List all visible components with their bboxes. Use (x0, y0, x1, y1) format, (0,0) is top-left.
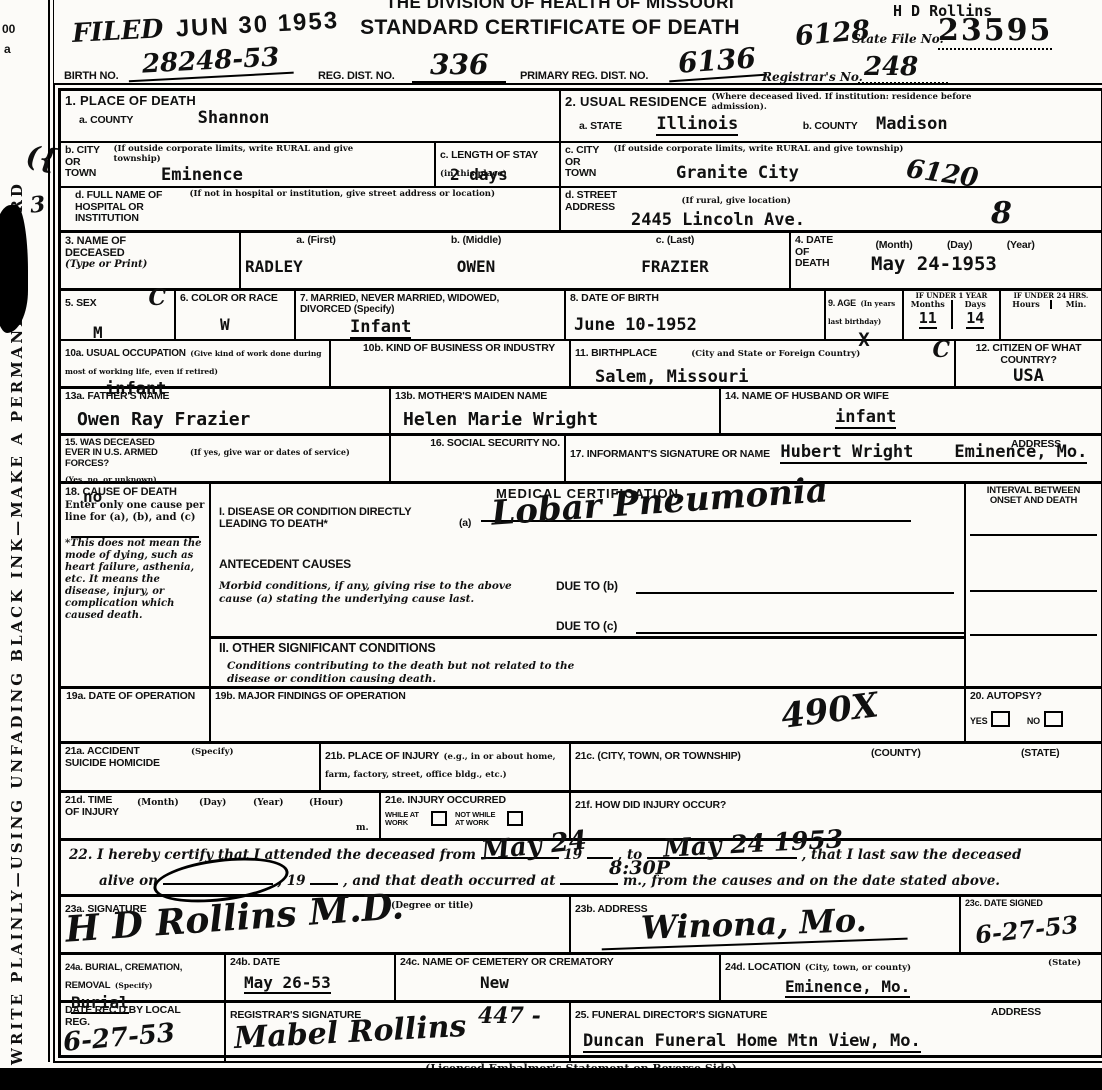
operation-findings-cell: 19b. MAJOR FINDINGS OF OPERATION 490X (211, 689, 966, 741)
burial-location-note2: (State) (1048, 959, 1081, 969)
birthplace-note: (City and State or Foreign Country) (691, 349, 860, 359)
cemetery-value: New (480, 973, 715, 992)
medical-certification-cell: MEDICAL CERTIFICATION I. DISEASE OR COND… (211, 484, 966, 686)
usual-residence-note: (Where deceased lived. If institution: r… (712, 93, 1012, 113)
certify-cell: 22. I hereby certify that I attended the… (61, 841, 1101, 894)
scan-black-bar (0, 1068, 1102, 1090)
dod-value: May 24-1953 (871, 253, 997, 275)
injury-hour-col: (Hour) (309, 798, 343, 808)
residence-county-value: Madison (876, 114, 948, 134)
other-conditions-label: II. OTHER SIGNIFICANT CONDITIONS (219, 642, 436, 656)
row-place-residence-2: b. CITY OR TOWN (If outside corporate li… (61, 143, 1101, 188)
cause-of-death-cell: 18. CAUSE OF DEATH Enter only one cause … (61, 484, 211, 686)
row-parents: 13a. FATHER'S NAME Owen Ray Frazier 13b.… (61, 389, 1101, 436)
injury-occurred-label: 21e. INJURY OCCURRED (385, 795, 565, 807)
occupation-label: 10a. USUAL OCCUPATION (65, 348, 186, 359)
mother-cell: 13b. MOTHER'S MAIDEN NAME Helen Marie Wr… (391, 389, 721, 433)
marital-label: 7. MARRIED, NEVER MARRIED, WIDOWED, DIVO… (300, 293, 540, 315)
autopsy-no-label: NO (1027, 716, 1040, 726)
birthplace-label: 11. BIRTHPLACE (575, 347, 657, 359)
dob-value: June 10-1952 (574, 315, 820, 335)
stay-value: 2 days (450, 165, 508, 184)
armed-forces-note1: (Yes, no, or unknown) (65, 475, 157, 484)
due-to-b-line (636, 592, 954, 594)
residence-city-label: c. CITY OR TOWN (565, 145, 609, 180)
city-value: Eminence (161, 165, 243, 185)
place-of-death-cell: 1. PLACE OF DEATH a. COUNTY Shannon (61, 91, 561, 141)
injury-day-col: (Day) (199, 798, 226, 808)
margin-mark: 00 (2, 22, 15, 36)
row-operation: 19a. DATE OF OPERATION 19b. MAJOR FINDIN… (61, 689, 1101, 744)
date-received-cell: DATE REC'D BY LOCAL REG. 6-27-53 (61, 1003, 226, 1061)
dod-year-col: (Year) (1007, 239, 1035, 251)
hours-label: Hours (1002, 300, 1050, 309)
interval-line-b (970, 590, 1097, 592)
days-value: 14 (966, 309, 984, 329)
days-label: Days (953, 300, 999, 309)
citizen-value: USA (960, 366, 1097, 386)
informant-label: 17. INFORMANT'S SIGNATURE OR NAME (570, 448, 770, 460)
autopsy-no-checkbox (1044, 711, 1063, 727)
other-conditions-note: Conditions contributing to the death but… (227, 660, 587, 685)
interval-line-c (970, 634, 1097, 636)
age-label: 9. AGE (828, 298, 856, 308)
row-burial: 24a. BURIAL, CREMATION, REMOVAL (Specify… (61, 955, 1101, 1003)
burial-date-value: May 26-53 (244, 973, 331, 994)
cemetery-cell: 24c. NAME OF CEMETERY OR CREMATORY New (396, 955, 721, 1000)
injury-year-col: (Year) (253, 798, 283, 808)
father-cell: 13a. FATHER'S NAME Owen Ray Frazier (61, 389, 391, 433)
injury-month-col: (Month) (137, 798, 179, 808)
row-certify: 22. I hereby certify that I attended the… (61, 841, 1101, 897)
date-signed-handwriting: 6-27-53 (974, 910, 1080, 950)
citizen-cell: 12. CITIZEN OF WHAT COUNTRY? USA (956, 341, 1101, 386)
funeral-director-value: Duncan Funeral Home Mtn View, Mo. (583, 1031, 921, 1053)
not-while-at-work-label: NOT WHILE AT WORK (455, 811, 503, 828)
row-name-dod: 3. NAME OF DECEASED (Type or Print) a. (… (61, 233, 1101, 291)
city-of-death-cell: b. CITY OR TOWN (If outside corporate li… (61, 143, 436, 186)
name-label-cell: 3. NAME OF DECEASED (Type or Print) (61, 233, 241, 288)
ink-scribble: 3 (29, 191, 47, 218)
under-1-year-cell: IF UNDER 1 YEAR Months 11 Days 14 (904, 291, 1001, 339)
reg-dist-label: REG. DIST. NO. (318, 70, 395, 82)
row-registrar: DATE REC'D BY LOCAL REG. 6-27-53 REGISTR… (61, 1003, 1101, 1061)
certify-time-handwriting: 8:30P (609, 857, 670, 879)
county-label: a. COUNTY (79, 114, 133, 126)
armed-forces-note2: (If yes, give war or dates of service) (190, 448, 385, 457)
place-of-injury-cell: 21b. PLACE OF INJURY (e.g., in or about … (321, 744, 571, 790)
accident-label: 21a. ACCIDENT SUICIDE HOMICIDE (65, 746, 175, 769)
burial-date-cell: 24b. DATE May 26-53 (226, 955, 396, 1000)
row-occupation: 10a. USUAL OCCUPATION (Give kind of work… (61, 341, 1101, 389)
row-accident: 21a. ACCIDENT SUICIDE HOMICIDE (Specify)… (61, 744, 1101, 793)
race-cell: 6. COLOR OR RACE W (176, 291, 296, 339)
burial-location-cell: 24d. LOCATION (City, town, or county) (S… (721, 955, 1101, 1000)
birth-no-label: BIRTH NO. (64, 70, 118, 82)
filed-stamp-word: FILED (71, 14, 164, 49)
cause-note1: Enter only one cause per line for (a), (… (65, 500, 205, 524)
residence-city-value: Granite City (676, 163, 799, 183)
certificate-body: 1. PLACE OF DEATH a. COUNTY Shannon 2. U… (58, 88, 1102, 1058)
certify-text: alive on (99, 873, 158, 889)
first-name-cell: a. (First) RADLEY (241, 233, 391, 288)
filed-stamp: FILED JUN 30 1953 (71, 5, 339, 49)
ink-blot (0, 205, 28, 333)
operation-date-cell: 19a. DATE OF OPERATION (61, 689, 211, 741)
county-value: Shannon (198, 108, 270, 128)
middle-name-value: OWEN (395, 257, 557, 276)
father-value: Owen Ray Frazier (77, 409, 385, 430)
interval-line-a (970, 534, 1097, 536)
middle-name-label: b. (Middle) (395, 235, 557, 247)
street-note: (If rural, give location) (681, 196, 791, 206)
injury-time-cell: 21d. TIME OF INJURY (Month) (Day) (Year)… (61, 793, 381, 838)
antecedent-label: ANTECEDENT CAUSES (219, 558, 351, 571)
interval-cell: INTERVAL BETWEEN ONSET AND DEATH (966, 484, 1101, 686)
ssn-label: 16. SOCIAL SECURITY NO. (395, 438, 560, 450)
cemetery-label: 24c. NAME OF CEMETERY OR CREMATORY (400, 957, 715, 969)
cause-label: 18. CAUSE OF DEATH (65, 486, 205, 498)
residence-city-cell: c. CITY OR TOWN (If outside corporate li… (561, 143, 1101, 186)
due-to-c-label: DUE TO (c) (556, 620, 617, 633)
margin-mark: a (4, 42, 11, 56)
autopsy-yes-label: YES (970, 716, 987, 726)
dod-label: 4. DATE OF DEATH (795, 235, 843, 270)
row-forces-informant: 15. WAS DECEASED EVER IN U.S. ARMED FORC… (61, 436, 1101, 484)
birth-no-value: 28248-53 (127, 42, 294, 83)
occupation-cell: 10a. USUAL OCCUPATION (Give kind of work… (61, 341, 331, 386)
birthplace-value: Salem, Missouri (595, 367, 950, 387)
mother-value: Helen Marie Wright (403, 409, 715, 430)
funeral-director-cell: 25. FUNERAL DIRECTOR'S SIGNATURE ADDRESS… (571, 1003, 1101, 1061)
street-scribble: 8 (991, 196, 1012, 231)
date-of-death-cell: 4. DATE OF DEATH (Month) (Day) (Year) Ma… (791, 233, 1101, 288)
burial-type-cell: 24a. BURIAL, CREMATION, REMOVAL (Specify… (61, 955, 226, 1000)
race-label: 6. COLOR OR RACE (180, 293, 290, 305)
injury-location-cell: 21c. (CITY, TOWN, OR TOWNSHIP) (COUNTY) … (571, 744, 1101, 790)
due-to-c-line (636, 632, 964, 634)
sex-value: M (93, 323, 170, 342)
first-name-label: a. (First) (245, 235, 387, 247)
margin-rule (53, 0, 54, 1062)
injury-city-label: 21c. (CITY, TOWN, OR TOWNSHIP) (575, 750, 741, 762)
marital-value: Infant (350, 317, 411, 339)
autopsy-label: 20. AUTOPSY? (970, 691, 1097, 703)
armed-forces-cell: 15. WAS DECEASED EVER IN U.S. ARMED FORC… (61, 436, 186, 481)
middle-name-cell: b. (Middle) OWEN (391, 233, 561, 288)
residence-county-label: b. COUNTY (803, 120, 858, 132)
date-signed-label: 23c. DATE SIGNED (965, 899, 1097, 909)
dob-cell: 8. DATE OF BIRTH June 10-1952 (566, 291, 826, 339)
hospital-note: (If not in hospital or institution, give… (189, 190, 519, 200)
certificate-title: STANDARD CERTIFICATE OF DEATH (300, 16, 800, 40)
ssn-cell: 16. SOCIAL SECURITY NO. (391, 436, 566, 481)
last-name-label: c. (Last) (565, 235, 785, 247)
disease-a-tag: (a) (459, 518, 471, 530)
months-value: 11 (919, 309, 937, 329)
autopsy-yes-checkbox (991, 711, 1010, 727)
birthplace-cell: 11. BIRTHPLACE (City and State or Foreig… (571, 341, 956, 386)
informant-cell: 17. INFORMANT'S SIGNATURE OR NAME ADDRES… (566, 436, 1101, 481)
spouse-label: 14. NAME OF HUSBAND OR WIFE (725, 391, 1097, 403)
division-line: THE DIVISION OF HEALTH OF MISSOURI (300, 0, 820, 13)
row-place-residence-1: 1. PLACE OF DEATH a. COUNTY Shannon 2. U… (61, 91, 1101, 143)
signature-cell: 23a. SIGNATURE (Degree or title) H D Rol… (61, 897, 571, 952)
registrar-no-label: Registrar's No. (762, 70, 863, 84)
row-signature: 23a. SIGNATURE (Degree or title) H D Rol… (61, 897, 1101, 955)
state-file-number: 23595 (938, 13, 1052, 50)
injury-time-label: 21d. TIME OF INJURY (65, 795, 121, 818)
operation-date-label: 19a. DATE OF OPERATION (65, 691, 195, 703)
injury-state-label: (STATE) (1021, 748, 1059, 760)
last-name-value: FRAZIER (565, 257, 785, 276)
due-to-b-label: DUE TO (b) (556, 580, 618, 593)
primary-reg-value: 6136 (667, 41, 767, 83)
spouse-value: infant (835, 407, 896, 429)
injury-m-label: m. (356, 823, 369, 833)
row-place-residence-3: d. FULL NAME OF HOSPITAL OR INSTITUTION … (61, 188, 1101, 233)
while-at-work-checkbox (431, 811, 447, 826)
reg-dist-value: 336 (412, 48, 506, 83)
place-of-death-title: 1. PLACE OF DEATH (65, 93, 555, 108)
armed-forces-label: 15. WAS DECEASED EVER IN U.S. ARMED FORC… (65, 438, 182, 469)
marital-cell: 7. MARRIED, NEVER MARRIED, WIDOWED, DIVO… (296, 291, 566, 339)
citizen-label: 12. CITIZEN OF WHAT COUNTRY? (960, 343, 1097, 366)
margin-vertical-text: WRITE PLAINLY—USING UNFADING BLACK INK—M… (8, 25, 26, 1065)
usual-residence-title: 2. USUAL RESIDENCE (565, 94, 707, 109)
hospital-cell: d. FULL NAME OF HOSPITAL OR INSTITUTION … (61, 188, 561, 230)
street-address-cell: d. STREET ADDRESS (If rural, give locati… (561, 188, 1101, 230)
age-cell: 9. AGE (In years last birthday) X (826, 291, 904, 339)
burial-location-note: (City, town, or county) (805, 963, 911, 973)
registrar-signature-number: 447 - (478, 1003, 541, 1029)
business-label: 10b. KIND OF BUSINESS OR INDUSTRY (335, 343, 555, 355)
mother-label: 13b. MOTHER'S MAIDEN NAME (395, 391, 715, 403)
signature-address-cell: 23b. ADDRESS Winona, Mo. (571, 897, 961, 952)
usual-residence-cell: 2. USUAL RESIDENCE (Where deceased lived… (561, 91, 1101, 141)
first-name-value: RADLEY (245, 257, 387, 276)
burial-location-label: 24d. LOCATION (725, 961, 800, 973)
hospital-label: d. FULL NAME OF HOSPITAL OR INSTITUTION (75, 190, 185, 225)
name-label: 3. NAME OF DECEASED (65, 235, 155, 259)
city-note: (If outside corporate limits, write RURA… (113, 145, 363, 165)
residence-state-label: a. STATE (579, 120, 622, 132)
funeral-director-address-label: ADDRESS (991, 1007, 1041, 1019)
injury-county-label: (COUNTY) (871, 748, 921, 760)
street-label: d. STREET ADDRESS (565, 190, 617, 213)
autopsy-cell: 20. AUTOPSY? YES NO (966, 689, 1101, 741)
registrar-signature-cell: REGISTRAR'S SIGNATURE Mabel Rollins 447 … (226, 1003, 571, 1061)
disease-label: I. DISEASE OR CONDITION DIRECTLY LEADING… (219, 506, 449, 530)
sex-scribble: C (148, 285, 166, 311)
burial-location-value: Eminence, Mo. (785, 977, 910, 998)
armed-forces-note-cell: (If yes, give war or dates of service) (186, 436, 391, 481)
burial-date-label: 24b. DATE (230, 957, 390, 969)
dod-day-col: (Day) (947, 239, 972, 251)
funeral-director-label: 25. FUNERAL DIRECTOR'S SIGNATURE (575, 1009, 767, 1021)
not-while-at-work-checkbox (507, 811, 523, 826)
sex-label: 5. SEX (65, 297, 96, 309)
stay-label: c. LENGTH OF STAY (440, 149, 538, 161)
death-certificate-scan: WRITE PLAINLY—USING UNFADING BLACK INK—M… (0, 0, 1102, 1090)
interval-label: INTERVAL BETWEEN ONSET AND DEATH (970, 486, 1097, 507)
months-label: Months (905, 300, 951, 309)
spouse-cell: 14. NAME OF HUSBAND OR WIFE infant (721, 389, 1101, 433)
street-value: 2445 Lincoln Ave. (631, 210, 805, 230)
cause-note2: *This does not mean the mode of dying, s… (65, 538, 205, 622)
registrar-no-value: 248 (858, 52, 948, 84)
under-24-hrs-cell: IF UNDER 24 HRS. Hours Min. (1001, 291, 1101, 339)
row-medical: 18. CAUSE OF DEATH Enter only one cause … (61, 484, 1101, 689)
section-ii-divider (211, 636, 964, 639)
primary-reg-label: PRIMARY REG. DIST. NO. (520, 70, 648, 82)
morbid-note: Morbid conditions, if any, giving rise t… (219, 580, 539, 605)
minutes-label: Min. (1052, 300, 1100, 309)
informant-address-label: ADDRESS (1011, 439, 1061, 451)
city-label: b. CITY OR TOWN (65, 145, 109, 180)
how-injury-occurred-label: 21f. HOW DID INJURY OCCUR? (575, 799, 726, 811)
burial-type-note: (Specify) (115, 981, 153, 990)
sex-cell: 5. SEX C M (61, 291, 176, 339)
father-label: 13a. FATHER'S NAME (65, 391, 385, 403)
state-file-label: State File No. (852, 32, 944, 46)
residence-city-note: (If outside corporate limits, write RURA… (613, 145, 943, 155)
row-sex-age: 5. SEX C M 6. COLOR OR RACE W 7. MARRIED… (61, 291, 1101, 341)
accident-note: (Specify) (191, 748, 234, 758)
date-signed-cell: 23c. DATE SIGNED 6-27-53 (961, 897, 1101, 952)
name-label-note: (Type or Print) (65, 259, 235, 271)
residence-state-value: Illinois (656, 114, 738, 136)
margin-rule (48, 0, 50, 1062)
race-value: W (220, 315, 290, 334)
dob-label: 8. DATE OF BIRTH (570, 293, 820, 305)
accident-cell: 21a. ACCIDENT SUICIDE HOMICIDE (Specify) (61, 744, 321, 790)
while-at-work-label: WHILE AT WORK (385, 811, 427, 828)
certify-text: m., from the causes and on the date stat… (623, 873, 1000, 889)
business-cell: 10b. KIND OF BUSINESS OR INDUSTRY (331, 341, 571, 386)
length-of-stay-cell: c. LENGTH OF STAY (in this place) 2 days (436, 143, 561, 186)
birthplace-scribble: C (932, 337, 950, 363)
last-name-cell: c. (Last) FRAZIER (561, 233, 791, 288)
dod-month-col: (Month) (875, 239, 912, 251)
place-of-injury-label: 21b. PLACE OF INJURY (325, 750, 439, 762)
